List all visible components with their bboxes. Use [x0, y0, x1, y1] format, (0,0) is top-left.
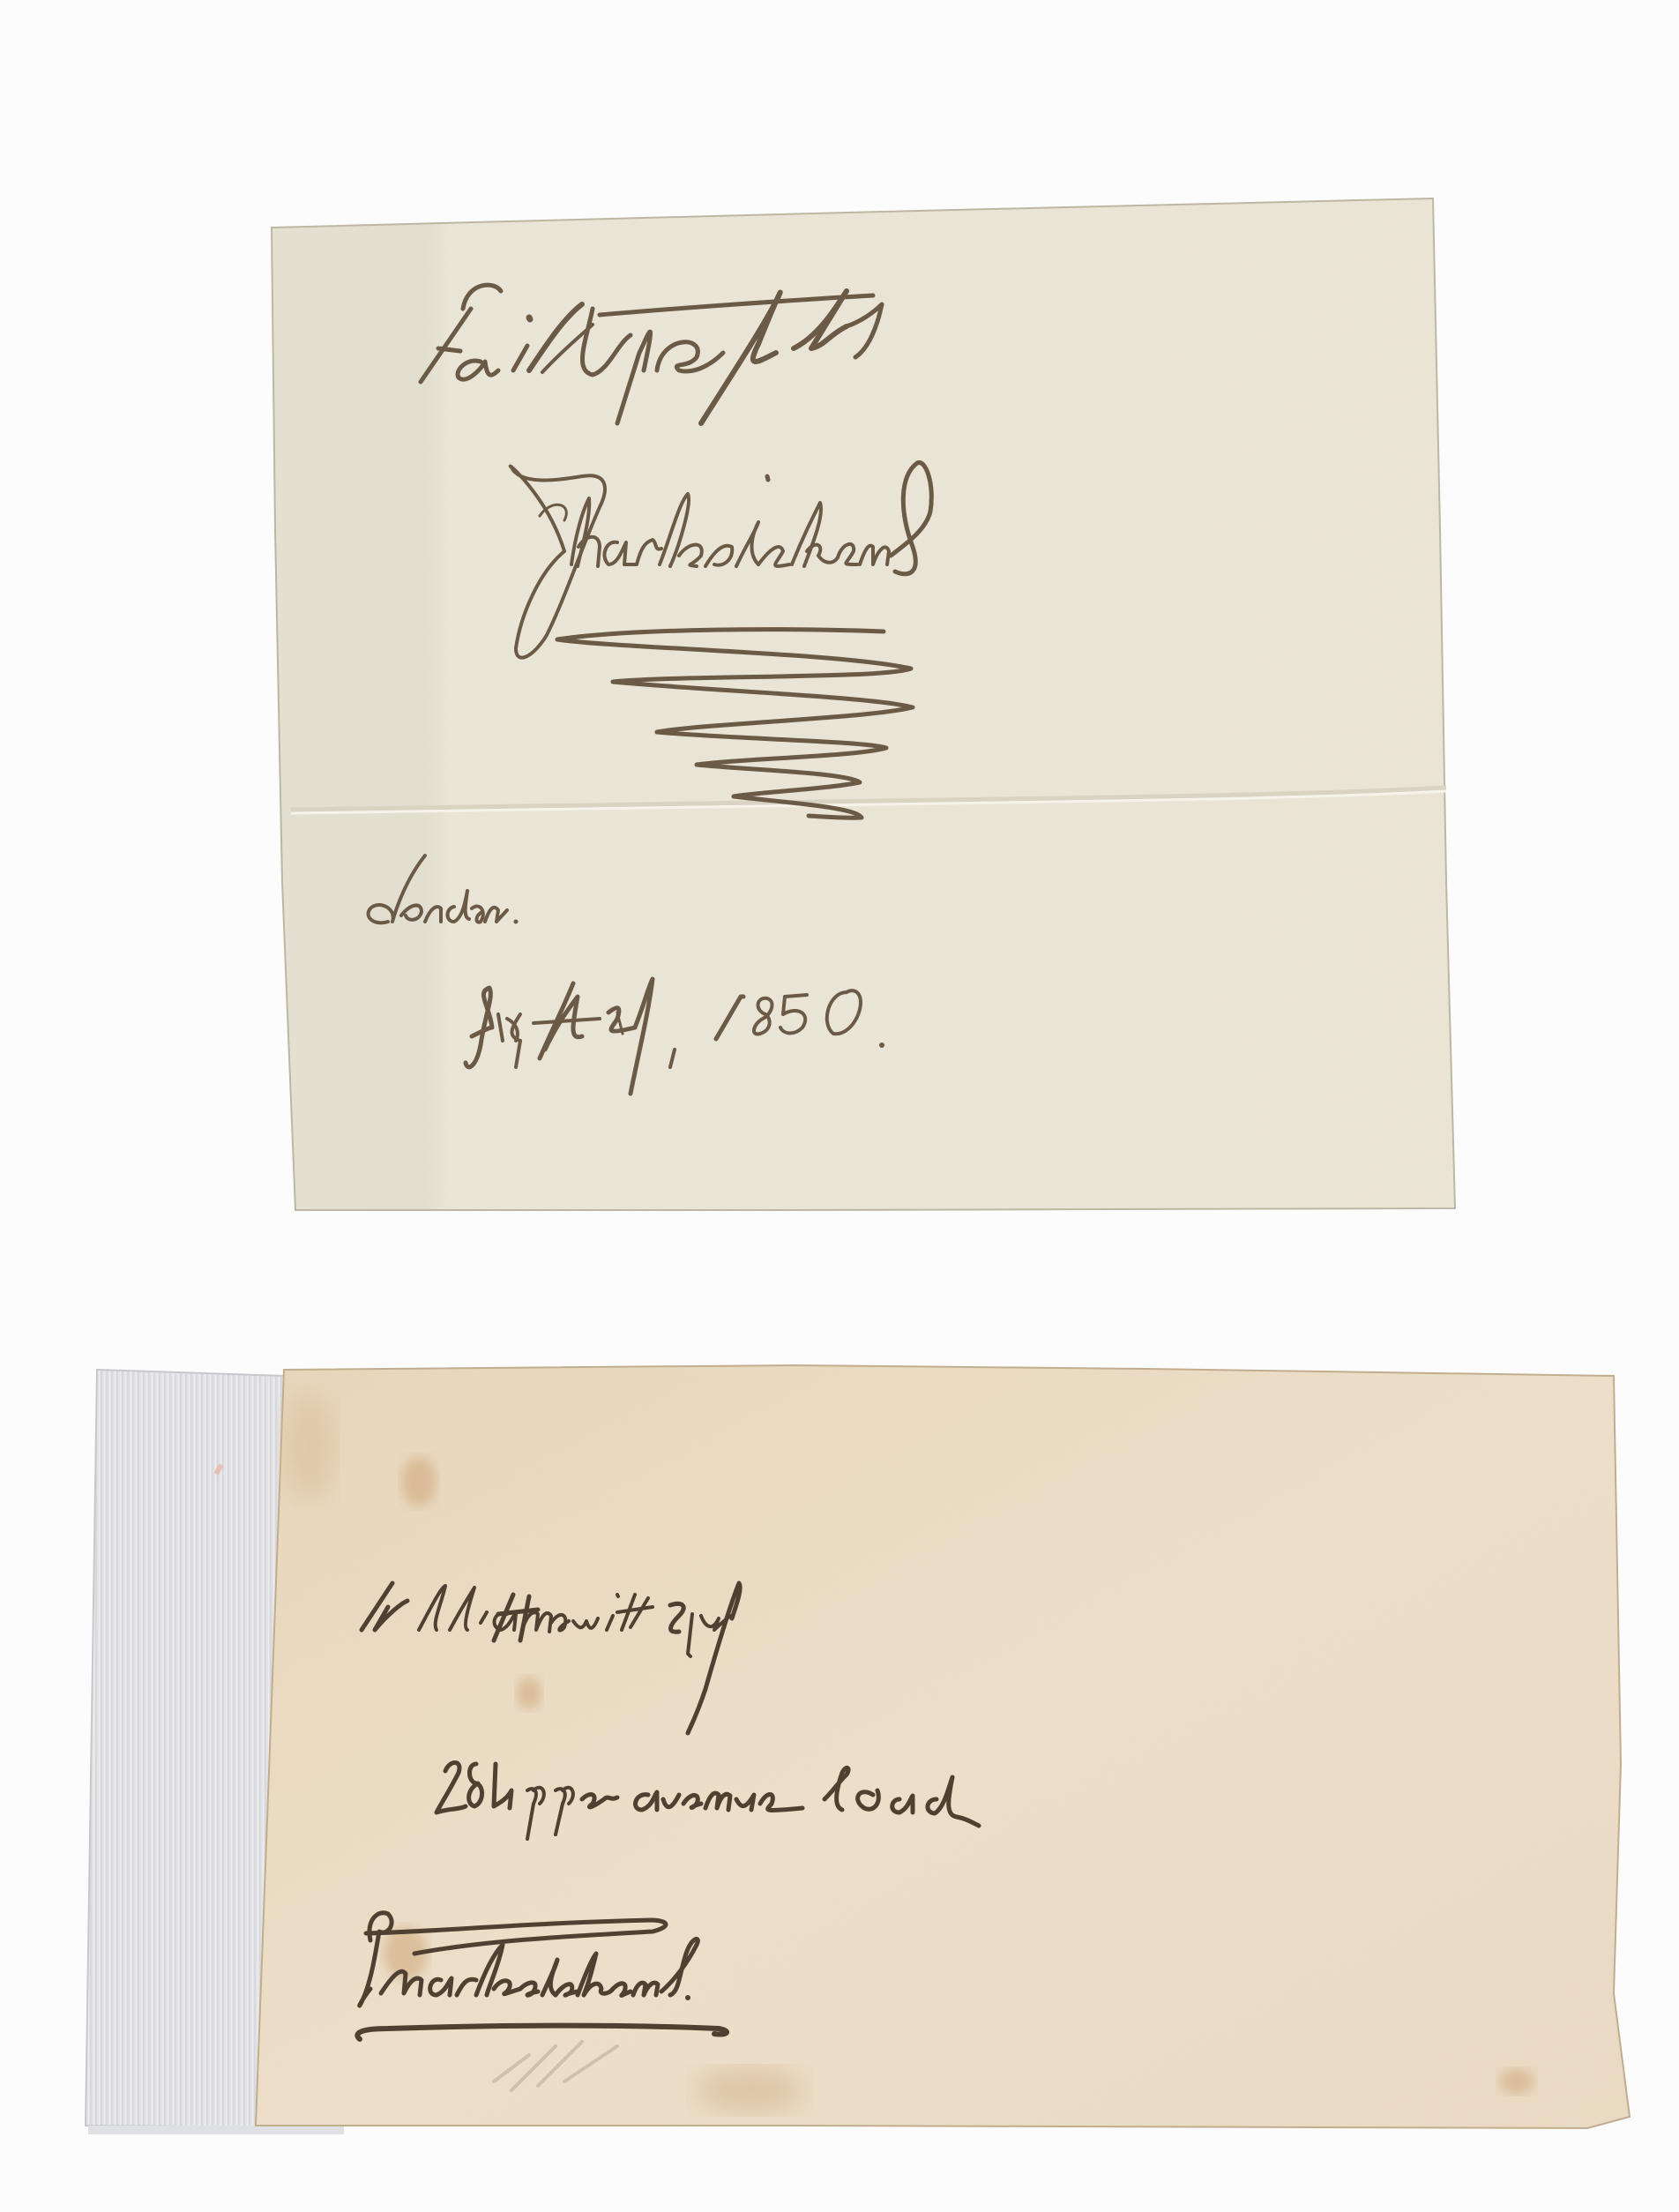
- envelope-front: [86, 1365, 1630, 2134]
- cloth-hinge: [86, 1370, 284, 2127]
- album-page: [0, 0, 1679, 2212]
- letter-fragment: [272, 198, 1455, 1210]
